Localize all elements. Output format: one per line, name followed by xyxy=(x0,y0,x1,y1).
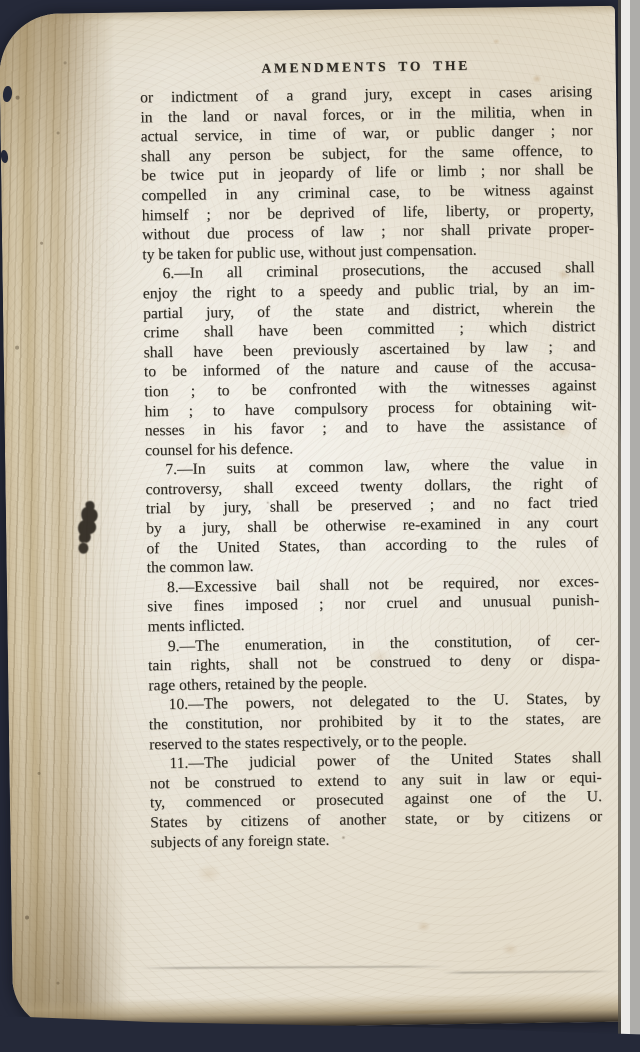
paragraph: 9.—The enumeration, in the constitution,… xyxy=(148,631,601,696)
page-crease xyxy=(140,965,450,969)
adjacent-page-edge xyxy=(621,0,630,1052)
paragraph: 10.—The powers, not delegated to the U. … xyxy=(148,689,601,754)
adjacent-page-edge-strips xyxy=(618,0,640,1052)
paragraph: 7.—In suits at common law, where the val… xyxy=(145,454,599,578)
paragraph: 11.—The judicial power of the United Sta… xyxy=(149,748,602,852)
ink-blot xyxy=(76,499,103,555)
page-text: or indictment of a grand jury, except in… xyxy=(140,82,603,852)
scan-frame-edge xyxy=(630,0,640,1052)
page-edge-deckle xyxy=(0,13,128,1031)
paragraph: 6.—In all criminal prosecutions, the acc… xyxy=(142,258,597,460)
page-crease xyxy=(442,970,612,973)
page-edge-top xyxy=(0,6,615,24)
paragraph: or indictment of a grand jury, except in… xyxy=(140,82,594,265)
book-page: AMENDMENTS TO THE or indictment of a gra… xyxy=(0,6,629,1031)
scanned-page-photo: AMENDMENTS TO THE or indictment of a gra… xyxy=(0,0,640,1052)
paragraph: 8.—Excessive bail shall not be required,… xyxy=(147,572,600,637)
running-header: AMENDMENTS TO THE xyxy=(140,56,592,78)
